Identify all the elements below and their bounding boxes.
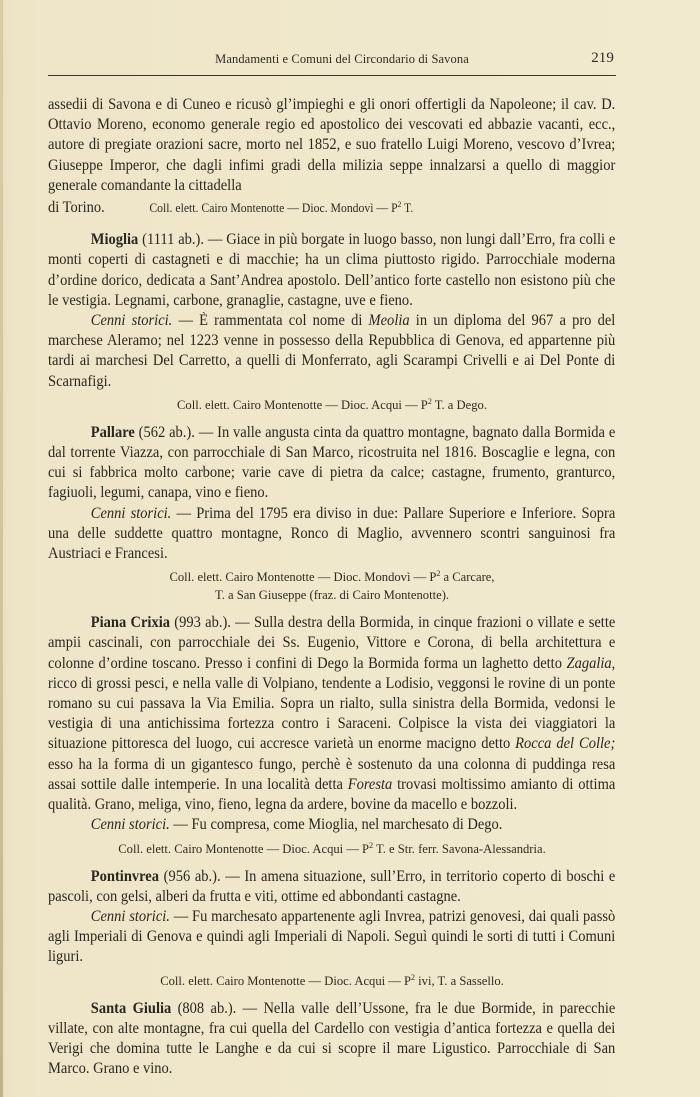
cenni-storici-label: Cenni storici. [91,505,172,522]
entry-pontinvrea: Pontinvrea (956 ab.). — In amena situazi… [48,867,615,907]
running-title: Mandamenti e Comuni del Circondario di S… [48,52,616,67]
entry-santa-giulia: Santa Giulia (808 ab.). — Nella valle de… [48,999,615,1080]
cenni-storici-label: Cenni storici. [91,816,170,833]
intro-text: assedii di Savona e di Cuneo e ricusò gl… [48,96,615,194]
entry-name: Pontinvrea [91,868,159,885]
intro-coll-note: Coll. elett. Cairo Montenotte — Dioc. Mo… [149,201,413,215]
entry-name: Pallare [91,424,135,441]
page-binding-edge [0,0,3,1097]
entry-pallare-history: Cenni storici. — Prima del 1795 era divi… [48,504,615,565]
book-page: Mandamenti e Comuni del Circondario di S… [48,48,616,1079]
entry-pallare: Pallare (562 ab.). — In valle angusta ci… [48,423,615,504]
entry-name: Mioglia [91,231,139,248]
entry-mioglia-coll-note: Coll. elett. Cairo Montenotte — Dioc. Ac… [48,393,616,414]
entry-pallare-coll-note: Coll. elett. Cairo Montenotte — Dioc. Mo… [48,565,616,604]
intro-paragraph: assedii di Savona e di Cuneo e ricusò gl… [48,95,615,218]
header-rule [48,75,616,76]
entry-piana-crixia: Piana Crixia (993 ab.). — Sulla destra d… [48,613,615,815]
cenni-storici-label: Cenni storici. [91,908,170,925]
intro-last-line: di Torino. [48,199,105,216]
entry-piana-crixia-history: Cenni storici. — Fu compresa, come Miogl… [48,815,615,835]
running-header: Mandamenti e Comuni del Circondario di S… [48,48,616,70]
entry-name: Piana Crixia [91,614,170,631]
entry-piana-crixia-coll-note: Coll. elett. Cairo Montenotte — Dioc. Ac… [48,837,616,858]
entry-pontinvrea-coll-note: Coll. elett. Cairo Montenotte — Dioc. Ac… [48,969,616,990]
entry-pontinvrea-history: Cenni storici. — Fu marchesato appartene… [48,907,615,968]
entry-name: Santa Giulia [91,1000,171,1017]
page-number: 219 [591,50,614,67]
entry-mioglia-history: Cenni storici. — È rammentata col nome d… [48,311,615,392]
entry-mioglia: Mioglia (1111 ab.). — Giace in più borga… [48,230,615,311]
cenni-storici-label: Cenni storici. [91,312,173,329]
